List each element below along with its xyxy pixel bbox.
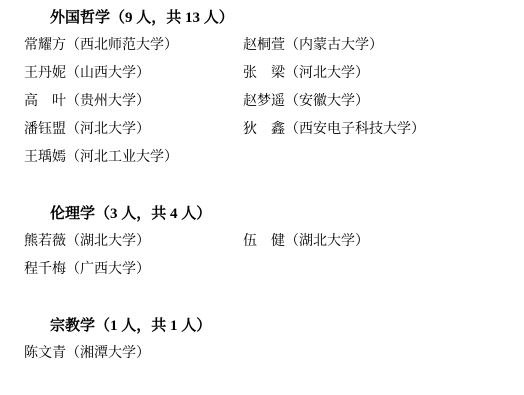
entry-name-school: 王瑀嫣（河北工业大学） — [24, 144, 243, 172]
entry-name-school: 狄 鑫（西安电子科技大学） — [243, 116, 425, 144]
section-heading: 外国哲学（9 人，共 13 人） — [24, 4, 524, 32]
entry-name-school: 高 叶（贵州大学） — [24, 88, 243, 116]
entry-row: 熊若薇（湖北大学） 伍 健（湖北大学） — [24, 228, 524, 256]
entry-name-school: 常耀方（西北师范大学） — [24, 32, 243, 60]
entry-row: 常耀方（西北师范大学） 赵桐萱（内蒙古大学） — [24, 32, 524, 60]
entry-name-school: 伍 健（湖北大学） — [243, 228, 369, 256]
section-heading: 宗教学（1 人，共 1 人） — [24, 312, 524, 340]
section-foreign-philosophy: 外国哲学（9 人，共 13 人） 常耀方（西北师范大学） 赵桐萱（内蒙古大学） … — [24, 4, 524, 172]
entry-name-school: 王丹妮（山西大学） — [24, 60, 243, 88]
section-heading: 伦理学（3 人，共 4 人） — [24, 200, 524, 228]
entry-row: 王丹妮（山西大学） 张 梁（河北大学） — [24, 60, 524, 88]
section-ethics: 伦理学（3 人，共 4 人） 熊若薇（湖北大学） 伍 健（湖北大学） 程千梅（广… — [24, 200, 524, 284]
entry-name-school: 赵梦遥（安徽大学） — [243, 88, 369, 116]
entry-name-school: 陈文青（湘潭大学） — [24, 340, 243, 368]
entry-name-school: 赵桐萱（内蒙古大学） — [243, 32, 383, 60]
entry-name-school: 潘钰盟（河北大学） — [24, 116, 243, 144]
entry-row: 潘钰盟（河北大学） 狄 鑫（西安电子科技大学） — [24, 116, 524, 144]
entry-row: 陈文青（湘潭大学） — [24, 340, 524, 368]
section-religious-studies: 宗教学（1 人，共 1 人） 陈文青（湘潭大学） — [24, 312, 524, 368]
entry-name-school: 张 梁（河北大学） — [243, 60, 369, 88]
document-page: 外国哲学（9 人，共 13 人） 常耀方（西北师范大学） 赵桐萱（内蒙古大学） … — [0, 0, 524, 368]
entry-name-school: 熊若薇（湖北大学） — [24, 228, 243, 256]
entry-row: 程千梅（广西大学） — [24, 256, 524, 284]
entry-row: 高 叶（贵州大学） 赵梦遥（安徽大学） — [24, 88, 524, 116]
entry-name-school: 程千梅（广西大学） — [24, 256, 243, 284]
entry-row: 王瑀嫣（河北工业大学） — [24, 144, 524, 172]
